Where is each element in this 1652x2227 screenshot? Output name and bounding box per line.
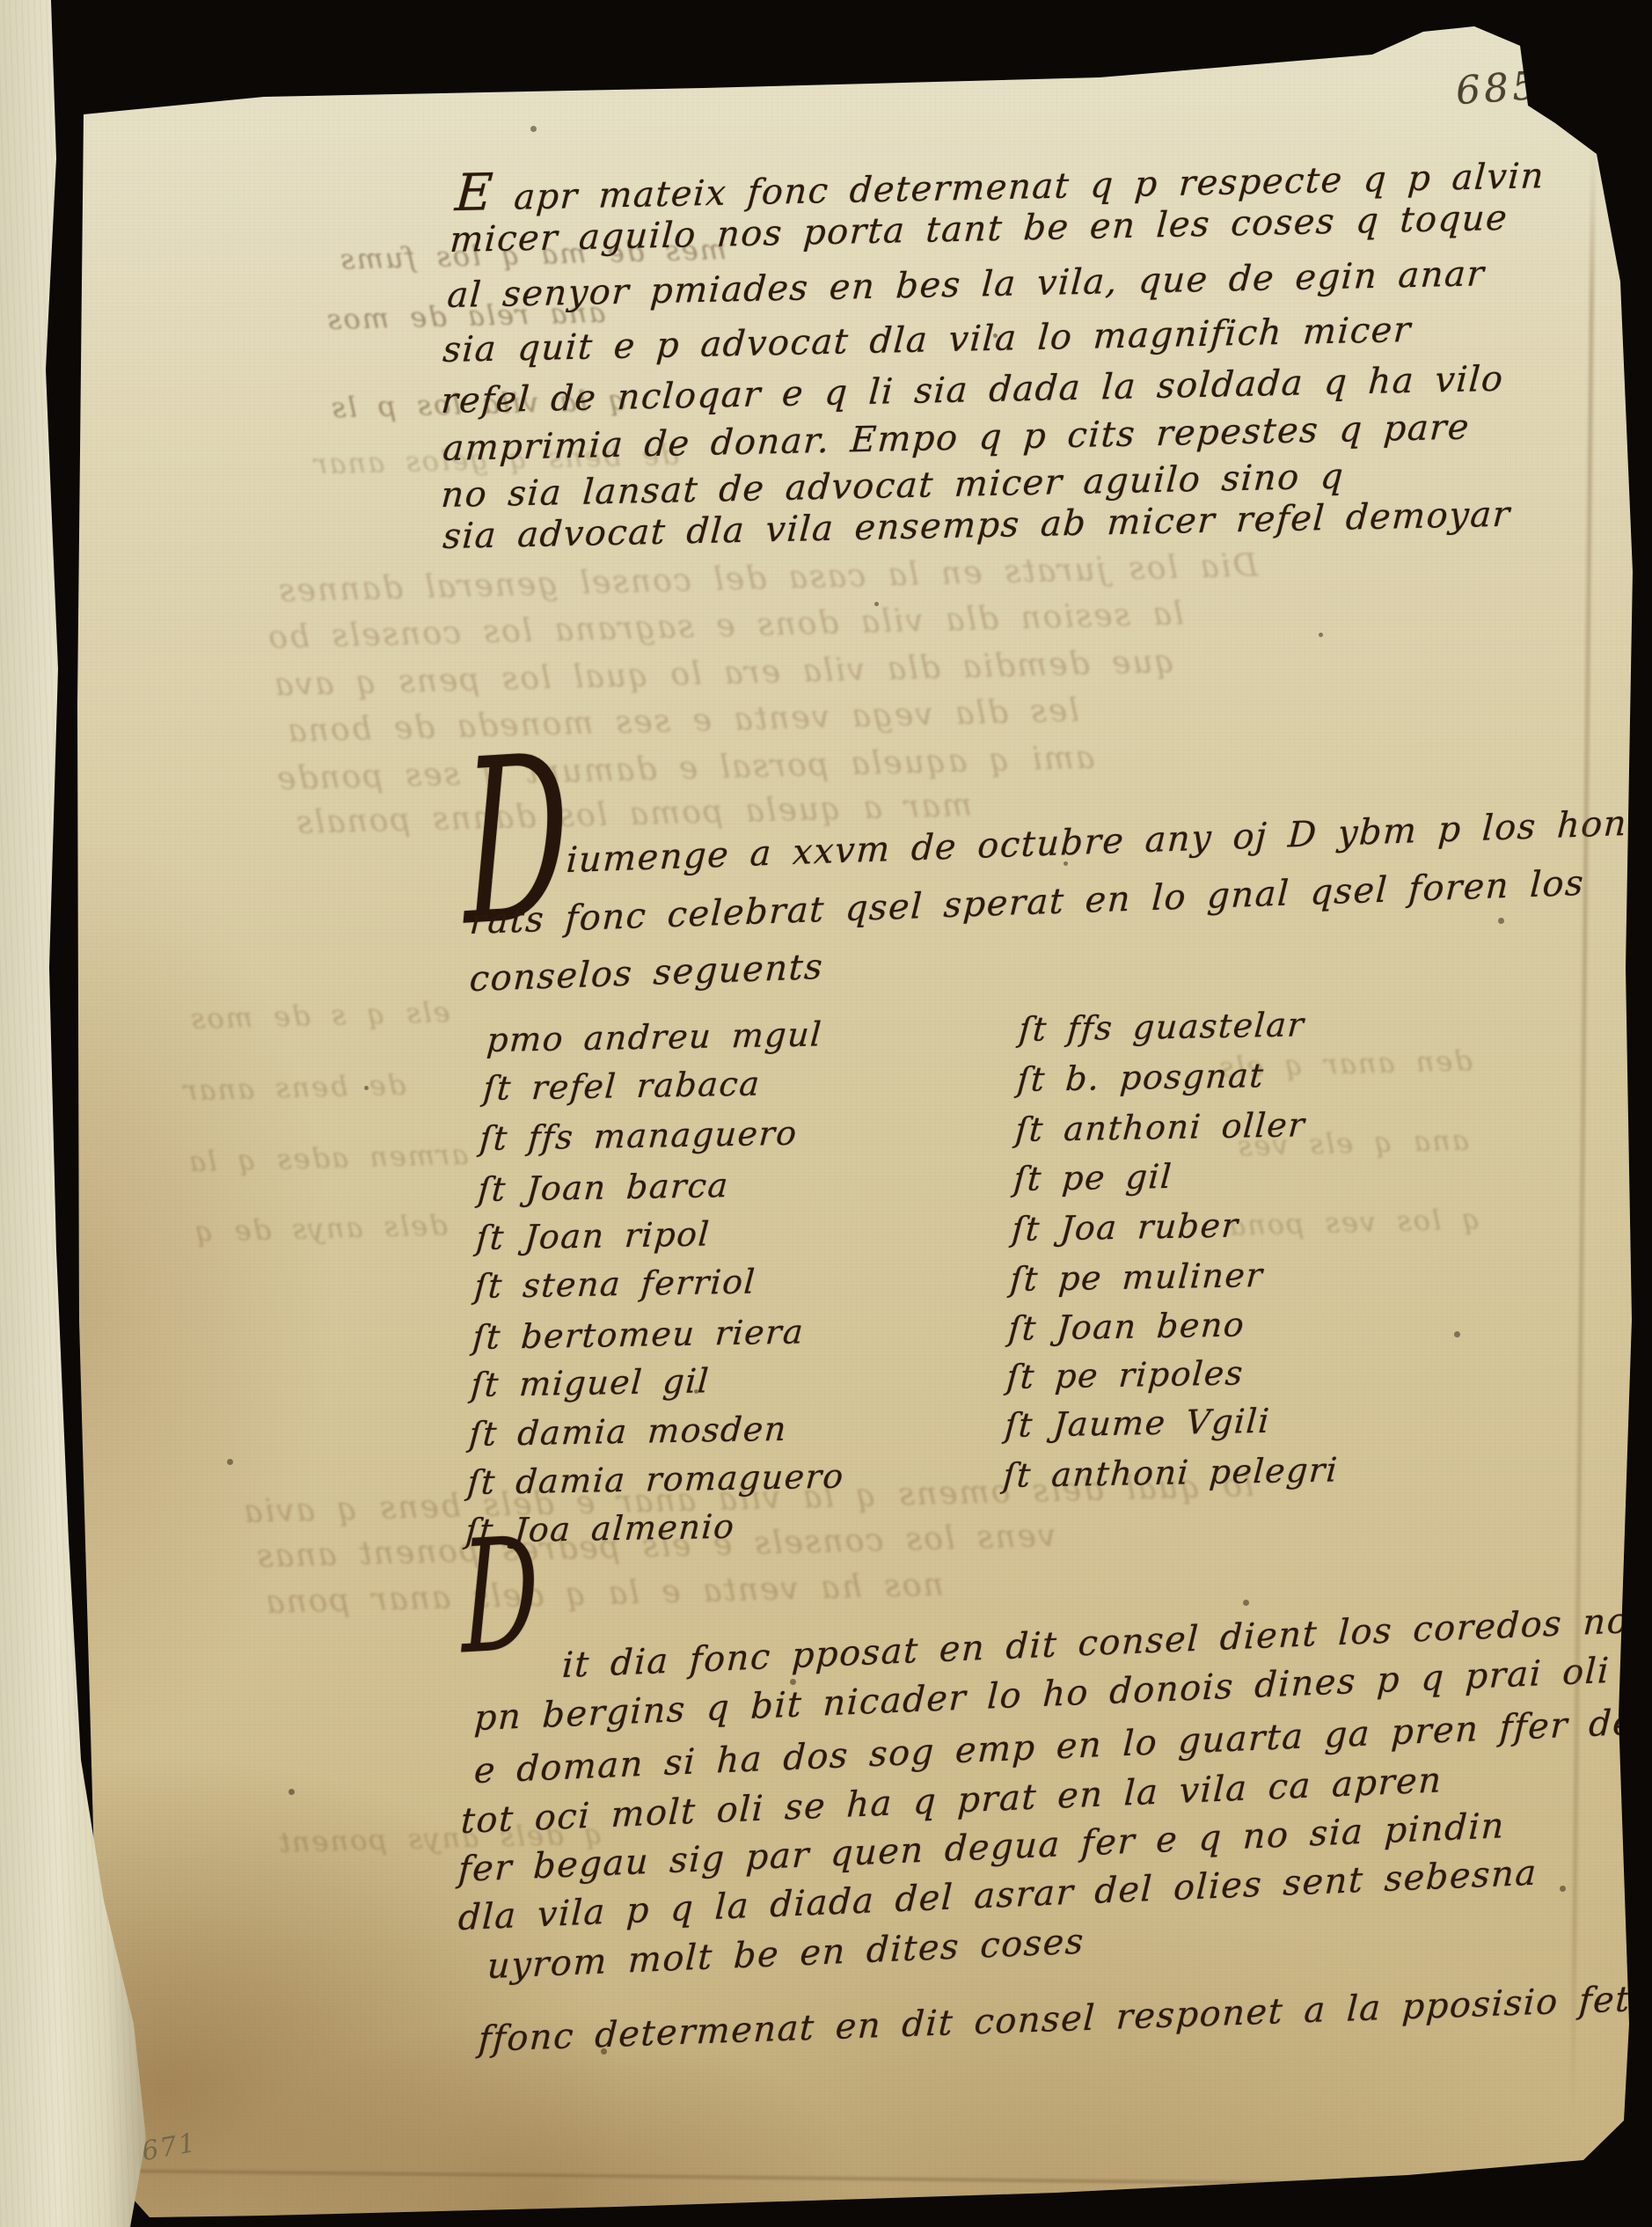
list-item: ſt ffs managuero (479, 1114, 799, 1158)
crease-line (1570, 136, 1596, 2125)
folio-number: 685 (1454, 63, 1541, 114)
ghost-line: q los ves pona (1227, 1202, 1481, 1242)
list-item: ſt pe ripoles (1005, 1353, 1246, 1396)
list-item: ſt miguel gil (470, 1361, 711, 1404)
ghost-line: de bens anar (182, 1068, 406, 1108)
list-item: ſt Jaume Vgili (1004, 1402, 1272, 1445)
list-item: ſt Joan beno (1007, 1305, 1246, 1348)
list-item: pmo andreu mgul (486, 1015, 823, 1059)
closing-line: ffonc determenat en dit consel responet … (478, 1978, 1652, 2060)
ghost-line: ami q aquela porsal e damunt q ses ponde (275, 740, 1095, 797)
list-item: ſt ffs guastelar (1018, 1005, 1306, 1049)
manuscript-page: mes de ma q los fums ana rela de mos q l… (75, 22, 1641, 2222)
list-item: ſt damia mosden (468, 1410, 789, 1454)
ghost-line: els q s de mos (189, 995, 451, 1036)
photograph-backdrop: mes de ma q los fums ana rela de mos q l… (0, 0, 1652, 2227)
ghost-line: les dla vega venta e ses moneda de bona (286, 692, 1080, 750)
list-item: ſt anthoni pelegri (1002, 1450, 1340, 1495)
list-item: ſt anthoni oller (1014, 1105, 1307, 1149)
list-item: ſt Joan ripol (475, 1214, 712, 1257)
ghost-line: armen ades q la (187, 1138, 469, 1178)
folio-number-pencil: 671 (139, 2128, 199, 2167)
ghost-line: dels anys de q (194, 1208, 449, 1249)
list-item: ſt pe gil (1012, 1157, 1174, 1198)
list-item: ſt bertomeu riera (471, 1312, 806, 1357)
list-item: ſt Joan barca (477, 1166, 730, 1209)
list-item: ſt b. posgnat (1016, 1056, 1266, 1099)
list-item: ſt stena ferriol (473, 1262, 757, 1306)
list-item: ſt damia romaguero (466, 1457, 845, 1503)
list-item: ſt pe muliner (1009, 1256, 1265, 1299)
crease-line (101, 2169, 1588, 2188)
ghost-line: nos ha venta e la q dels anar pona (264, 1567, 944, 1621)
list-item: ſt Joa ruber (1011, 1205, 1240, 1249)
list-item: ſt refel rabaca (482, 1065, 762, 1109)
ink-speckles (75, 22, 77, 25)
illuminated-initial-d: D (460, 1533, 540, 1661)
